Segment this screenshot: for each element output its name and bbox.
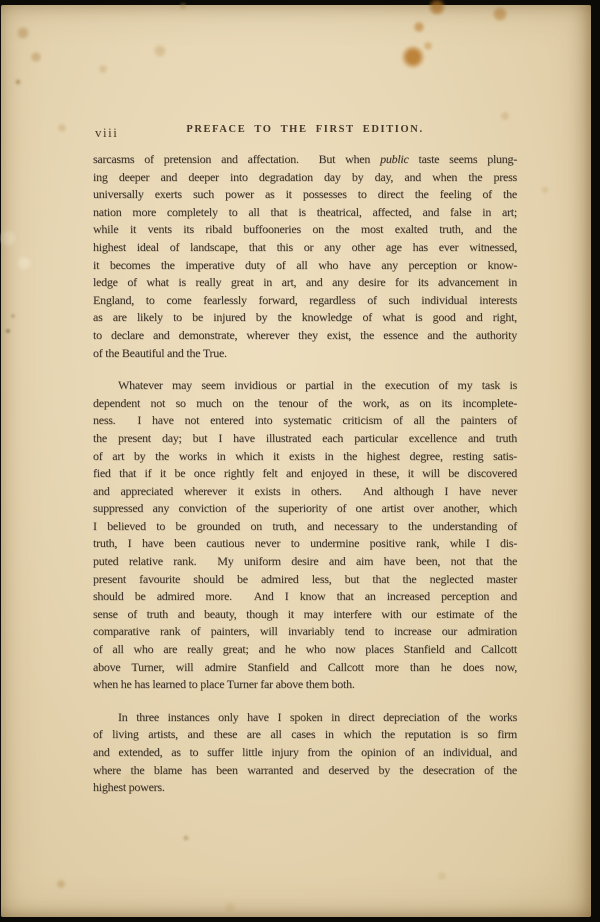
text-line: of the Beautiful and the True. bbox=[93, 346, 517, 364]
text-line: of living artists, and these are all cas… bbox=[93, 727, 517, 745]
text-line: where the blame has been warranted and d… bbox=[93, 763, 517, 781]
text-line: present favourite should be admired less… bbox=[93, 572, 517, 590]
text-body: sarcasms of pretension and affectation. … bbox=[93, 152, 517, 798]
text-line: comparative rank of painters, will invar… bbox=[93, 624, 517, 642]
page-number: viii bbox=[95, 125, 118, 141]
text-line: the present day; but I have illustrated … bbox=[93, 431, 517, 449]
text-line: dependent not so much on the tenour of t… bbox=[93, 396, 517, 414]
page-header: viii PREFACE TO THE FIRST EDITION. bbox=[93, 124, 517, 135]
text-line: should be admired more. And I know that … bbox=[93, 589, 517, 607]
text-line: ledge of what is really great in art, an… bbox=[93, 275, 517, 293]
text-line: Whatever may seem invidious or partial i… bbox=[93, 378, 517, 396]
running-header-title: PREFACE TO THE FIRST EDITION. bbox=[93, 124, 517, 135]
text-line: truth, I have been cautious never to und… bbox=[93, 536, 517, 554]
text-line: ing deeper and deeper into degradation d… bbox=[93, 170, 517, 188]
scanned-book-page: viii PREFACE TO THE FIRST EDITION. sarca… bbox=[0, 0, 600, 922]
text-line: and appreciated wherever it exists in ot… bbox=[93, 484, 517, 502]
text-line: when he has learned to place Turner far … bbox=[93, 677, 517, 695]
text-line: as are likely to be injured by the knowl… bbox=[93, 310, 517, 328]
text-line: of all who are really great; and he who … bbox=[93, 642, 517, 660]
text-line: while it vents its ribald buffooneries o… bbox=[93, 222, 517, 240]
text-line: highest ideal of landscape, that this or… bbox=[93, 240, 517, 258]
text-line: England, to come fearlessly forward, reg… bbox=[93, 293, 517, 311]
text-line: In three instances only have I spoken in… bbox=[93, 710, 517, 728]
paragraph: sarcasms of pretension and affectation. … bbox=[93, 152, 517, 363]
text-line: and extended, as to suffer little injury… bbox=[93, 745, 517, 763]
text-line: above Turner, will admire Stanfield and … bbox=[93, 660, 517, 678]
paragraph: In three instances only have I spoken in… bbox=[93, 710, 517, 798]
text-line: of art by the works in which it exists i… bbox=[93, 449, 517, 467]
text-line: highest powers. bbox=[93, 780, 517, 798]
text-line: ness. I have not entered into systematic… bbox=[93, 413, 517, 431]
text-line: puted relative rank. My uniform desire a… bbox=[93, 554, 517, 572]
text-line: sense of truth and beauty, though it may… bbox=[93, 607, 517, 625]
text-line: sarcasms of pretension and affectation. … bbox=[93, 152, 517, 170]
text-line: it becomes the imperative duty of all wh… bbox=[93, 258, 517, 276]
text-line: I believed to be grounded on truth, and … bbox=[93, 519, 517, 537]
text-line: suppressed any conviction of the superio… bbox=[93, 501, 517, 519]
text-line: universally exerts such power as it poss… bbox=[93, 187, 517, 205]
text-line: nation more completely to all that is th… bbox=[93, 205, 517, 223]
text-line: fied that if it be once rightly felt and… bbox=[93, 466, 517, 484]
text-line: to declare and demonstrate, wherever the… bbox=[93, 328, 517, 346]
paragraph: Whatever may seem invidious or partial i… bbox=[93, 378, 517, 695]
